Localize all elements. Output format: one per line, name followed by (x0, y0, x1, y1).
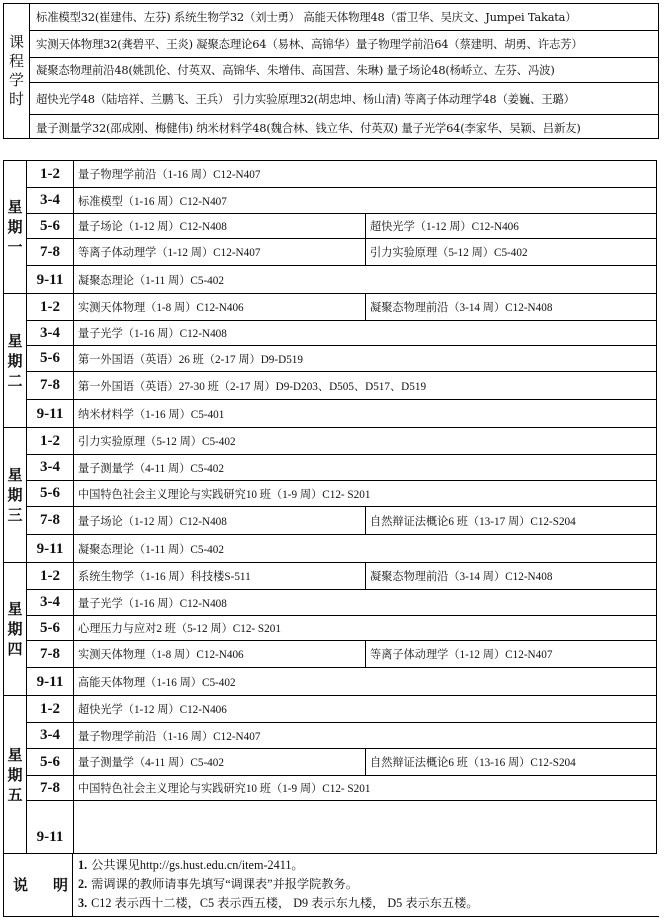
course-cell: 量子物理学前沿（1-16 周）C12-N407 (74, 723, 657, 748)
day-name-char: 星 (7, 745, 22, 765)
note-item: 2.需调课的教师请事先填写“调课表”并报学院教务。 (74, 875, 659, 894)
course-hours-row: 量子测量学32(邵成刚、梅健伟) 纳米材料学48(魏合林、钱立华、付英双) 量子… (30, 115, 658, 140)
day-slots: 1-2引力实验原理（5-12 周）C5-4023-4量子测量学（4-11 周）C… (27, 428, 657, 562)
day-name-char: 期 (7, 765, 22, 785)
course-cell: 等离子体动理学（1-12 周）C12-N407 (366, 641, 657, 667)
schedule-row: 1-2实测天体物理（1-8 周）C12-N406凝聚态物理前沿（3-14 周）C… (27, 294, 657, 321)
day-name: 星期三 (4, 428, 27, 562)
course-cell: 系统生物学（1-16 周）科技楼S-511 (74, 563, 366, 589)
schedule-row: 7-8中国特色社会主义理论与实践研究10 班（1-9 周）C12- S201 (27, 776, 657, 801)
schedule-row: 3-4量子测量学（4-11 周）C5-402 (27, 455, 657, 481)
course-cell: 中国特色社会主义理论与实践研究10 班（1-9 周）C12- S201 (74, 481, 657, 506)
course-cell: 量子场论（1-12 周）C12-N408 (74, 214, 366, 238)
course-cell: 标准模型（1-16 周）C12-N407 (74, 188, 657, 213)
period-label: 1-2 (27, 428, 74, 454)
period-label: 3-4 (27, 723, 74, 748)
course-hours-table: 课 程 学 时 标准模型32(崔建伟、左芬) 系统生物学32（刘士勇） 高能天体… (3, 3, 659, 139)
period-label: 5-6 (27, 749, 74, 775)
day-name-char: 期 (7, 217, 22, 237)
period-label: 7-8 (27, 372, 74, 399)
day-block: 星期二1-2实测天体物理（1-8 周）C12-N406凝聚态物理前沿（3-14 … (4, 294, 657, 428)
course-cell: 量子光学（1-16 周）C12-N408 (74, 590, 657, 615)
schedule-row: 5-6中国特色社会主义理论与实践研究10 班（1-9 周）C12- S201 (27, 481, 657, 507)
course-cell (74, 801, 657, 854)
period-label: 3-4 (27, 321, 74, 345)
schedule-row: 9-11 (27, 801, 657, 854)
day-name: 星期五 (4, 696, 27, 853)
course-cell: 实测天体物理（1-8 周）C12-N406 (74, 294, 366, 320)
schedule-row: 5-6量子场论（1-12 周）C12-N408超快光学（1-12 周）C12-N… (27, 214, 657, 239)
period-label: 3-4 (27, 188, 74, 213)
course-cell: 量子测量学（4-11 周）C5-402 (74, 749, 366, 775)
schedule-row: 7-8实测天体物理（1-8 周）C12-N406等离子体动理学（1-12 周）C… (27, 641, 657, 668)
schedule-row: 5-6心理压力与应对2 班（5-12 周）C12- S201 (27, 616, 657, 641)
day-name-char: 星 (7, 599, 22, 619)
schedule-row: 3-4量子物理学前沿（1-16 周）C12-N407 (27, 723, 657, 749)
day-slots: 1-2超快光学（1-12 周）C12-N4063-4量子物理学前沿（1-16 周… (27, 696, 657, 853)
day-name-char: 五 (7, 785, 22, 805)
course-cell: 超快光学（1-12 周）C12-N406 (74, 696, 657, 722)
course-cell: 引力实验原理（5-12 周）C5-402 (74, 428, 657, 454)
course-cell: 实测天体物理（1-8 周）C12-N406 (74, 641, 366, 667)
course-cell: 凝聚态理论（1-11 周）C5-402 (74, 535, 657, 563)
schedule-row: 7-8量子场论（1-12 周）C12-N408自然辩证法概论6 班（13-17 … (27, 507, 657, 535)
course-cell: 第一外国语（英语）26 班（2-17 周）D9-D519 (74, 346, 657, 371)
period-label: 3-4 (27, 455, 74, 480)
course-cell: 自然辩证法概论6 班（13-16 周）C12-S204 (366, 749, 657, 775)
course-cell: 自然辩证法概论6 班（13-17 周）C12-S204 (366, 507, 657, 534)
course-hours-label-char: 学 (9, 71, 24, 90)
day-name-char: 星 (7, 465, 22, 485)
schedule-row: 1-2引力实验原理（5-12 周）C5-402 (27, 428, 657, 455)
schedule-row: 5-6量子测量学（4-11 周）C5-402自然辩证法概论6 班（13-16 周… (27, 749, 657, 776)
day-slots: 1-2系统生物学（1-16 周）科技楼S-511凝聚态物理前沿（3-14 周）C… (27, 563, 657, 695)
course-hours-label-char: 时 (9, 90, 24, 109)
course-cell: 纳米材料学（1-16 周）C5-401 (74, 400, 657, 428)
course-cell: 中国特色社会主义理论与实践研究10 班（1-9 周）C12- S201 (74, 776, 657, 800)
notes-label: 说 明 (4, 853, 73, 916)
course-cell: 超快光学（1-12 周）C12-N406 (366, 214, 657, 238)
course-cell: 凝聚态物理前沿（3-14 周）C12-N408 (366, 563, 657, 589)
note-number: 1. (78, 858, 87, 872)
period-label: 1-2 (27, 161, 74, 187)
period-label: 7-8 (27, 776, 74, 800)
course-hours-label-char: 课 (9, 33, 24, 52)
day-name-char: 期 (7, 619, 22, 639)
period-label: 5-6 (27, 616, 74, 640)
schedule-row: 1-2超快光学（1-12 周）C12-N406 (27, 696, 657, 723)
period-label: 3-4 (27, 590, 74, 615)
course-cell: 量子测量学（4-11 周）C5-402 (74, 455, 657, 480)
day-block: 星期四1-2系统生物学（1-16 周）科技楼S-511凝聚态物理前沿（3-14 … (4, 563, 657, 696)
day-block: 星期五1-2超快光学（1-12 周）C12-N4063-4量子物理学前沿（1-1… (4, 696, 657, 854)
day-name-char: 一 (7, 237, 22, 257)
notes-label-left: 说 (13, 874, 28, 895)
note-item: 3.C12 表示西十二楼，C5 表示西五楼， D9 表示东九楼， D5 表示东五… (74, 894, 659, 913)
day-name: 星期四 (4, 563, 27, 695)
note-text: 需调课的教师请事先填写“调课表”并报学院教务。 (91, 877, 358, 891)
period-label: 9-11 (27, 668, 74, 696)
notes-section: 说 明 1.公共课见http://gs.hust.edu.cn/item-241… (3, 853, 659, 917)
course-cell: 量子光学（1-16 周）C12-N408 (74, 321, 657, 345)
schedule-row: 1-2系统生物学（1-16 周）科技楼S-511凝聚态物理前沿（3-14 周）C… (27, 563, 657, 590)
schedule-row: 9-11凝聚态理论（1-11 周）C5-402 (27, 535, 657, 563)
course-hours-row: 超快光学48（陆培祥、兰鹏飞、王兵） 引力实验原理32(胡忠坤、杨山清) 等离子… (30, 83, 658, 115)
period-label: 5-6 (27, 346, 74, 371)
day-block: 星期三1-2引力实验原理（5-12 周）C5-4023-4量子测量学（4-11 … (4, 428, 657, 563)
schedule-row: 3-4量子光学（1-16 周）C12-N408 (27, 590, 657, 616)
course-cell: 心理压力与应对2 班（5-12 周）C12- S201 (74, 616, 657, 640)
schedule-row: 3-4量子光学（1-16 周）C12-N408 (27, 321, 657, 346)
schedule-row: 9-11凝聚态理论（1-11 周）C5-402 (27, 266, 657, 294)
period-label: 9-11 (27, 266, 74, 294)
period-label: 9-11 (27, 535, 74, 563)
course-cell: 凝聚态理论（1-11 周）C5-402 (74, 266, 657, 294)
course-cell: 凝聚态物理前沿（3-14 周）C12-N408 (366, 294, 657, 320)
course-cell: 第一外国语（英语）27-30 班（2-17 周）D9-D203、D505、D51… (74, 372, 657, 399)
day-name-char: 三 (7, 505, 22, 525)
period-label: 9-11 (27, 400, 74, 428)
course-hours-label-char: 程 (9, 52, 24, 71)
notes-list: 1.公共课见http://gs.hust.edu.cn/item-2411。 2… (74, 856, 659, 913)
note-number: 3. (78, 896, 87, 910)
period-label: 5-6 (27, 481, 74, 506)
course-hours-row: 标准模型32(崔建伟、左芬) 系统生物学32（刘士勇） 高能天体物理48（雷卫华… (30, 4, 658, 31)
course-cell: 量子场论（1-12 周）C12-N408 (74, 507, 366, 534)
period-label: 1-2 (27, 563, 74, 589)
period-label: 7-8 (27, 507, 74, 534)
schedule-row: 9-11纳米材料学（1-16 周）C5-401 (27, 400, 657, 428)
schedule-row: 7-8等离子体动理学（1-12 周）C12-N407引力实验原理（5-12 周）… (27, 239, 657, 266)
course-hours-row: 凝聚态物理前沿48(姚凯伦、付英双、高锦华、朱增伟、高国营、朱琳) 量子场论48… (30, 58, 658, 83)
notes-label-right: 明 (53, 874, 68, 895)
course-cell: 引力实验原理（5-12 周）C5-402 (366, 239, 657, 265)
course-hours-label: 课 程 学 时 (4, 4, 30, 138)
period-label: 9-11 (27, 801, 74, 854)
period-label: 5-6 (27, 214, 74, 238)
course-cell: 等离子体动理学（1-12 周）C12-N407 (74, 239, 366, 265)
period-label: 1-2 (27, 696, 74, 722)
day-name-char: 期 (7, 351, 22, 371)
weekly-schedule-table: 星期一1-2量子物理学前沿（1-16 周）C12-N4073-4标准模型（1-1… (3, 160, 657, 854)
day-name-char: 期 (7, 485, 22, 505)
course-hours-rows: 标准模型32(崔建伟、左芬) 系统生物学32（刘士勇） 高能天体物理48（雷卫华… (30, 4, 658, 138)
schedule-row: 1-2量子物理学前沿（1-16 周）C12-N407 (27, 161, 657, 188)
course-cell: 高能天体物理（1-16 周）C5-402 (74, 668, 657, 696)
note-text: C12 表示西十二楼，C5 表示西五楼， D9 表示东九楼， D5 表示东五楼。 (91, 896, 478, 910)
period-label: 1-2 (27, 294, 74, 320)
period-label: 7-8 (27, 239, 74, 265)
course-cell: 量子物理学前沿（1-16 周）C12-N407 (74, 161, 657, 187)
schedule-row: 5-6第一外国语（英语）26 班（2-17 周）D9-D519 (27, 346, 657, 372)
course-hours-row: 实测天体物理32(龚碧平、王炎) 凝聚态理论64（易林、高锦华）量子物理学前沿6… (30, 31, 658, 58)
day-slots: 1-2实测天体物理（1-8 周）C12-N406凝聚态物理前沿（3-14 周）C… (27, 294, 657, 427)
day-name-char: 四 (7, 639, 22, 659)
day-name-char: 星 (7, 331, 22, 351)
period-label: 7-8 (27, 641, 74, 667)
day-name: 星期二 (4, 294, 27, 427)
note-item: 1.公共课见http://gs.hust.edu.cn/item-2411。 (74, 856, 659, 875)
note-text[interactable]: 公共课见http://gs.hust.edu.cn/item-2411。 (91, 858, 303, 872)
schedule-row: 3-4标准模型（1-16 周）C12-N407 (27, 188, 657, 214)
day-name-char: 二 (7, 371, 22, 391)
schedule-row: 9-11高能天体物理（1-16 周）C5-402 (27, 668, 657, 696)
day-block: 星期一1-2量子物理学前沿（1-16 周）C12-N4073-4标准模型（1-1… (4, 161, 657, 294)
day-name-char: 星 (7, 197, 22, 217)
day-slots: 1-2量子物理学前沿（1-16 周）C12-N4073-4标准模型（1-16 周… (27, 161, 657, 293)
day-name: 星期一 (4, 161, 27, 293)
schedule-row: 7-8第一外国语（英语）27-30 班（2-17 周）D9-D203、D505、… (27, 372, 657, 400)
note-number: 2. (78, 877, 87, 891)
